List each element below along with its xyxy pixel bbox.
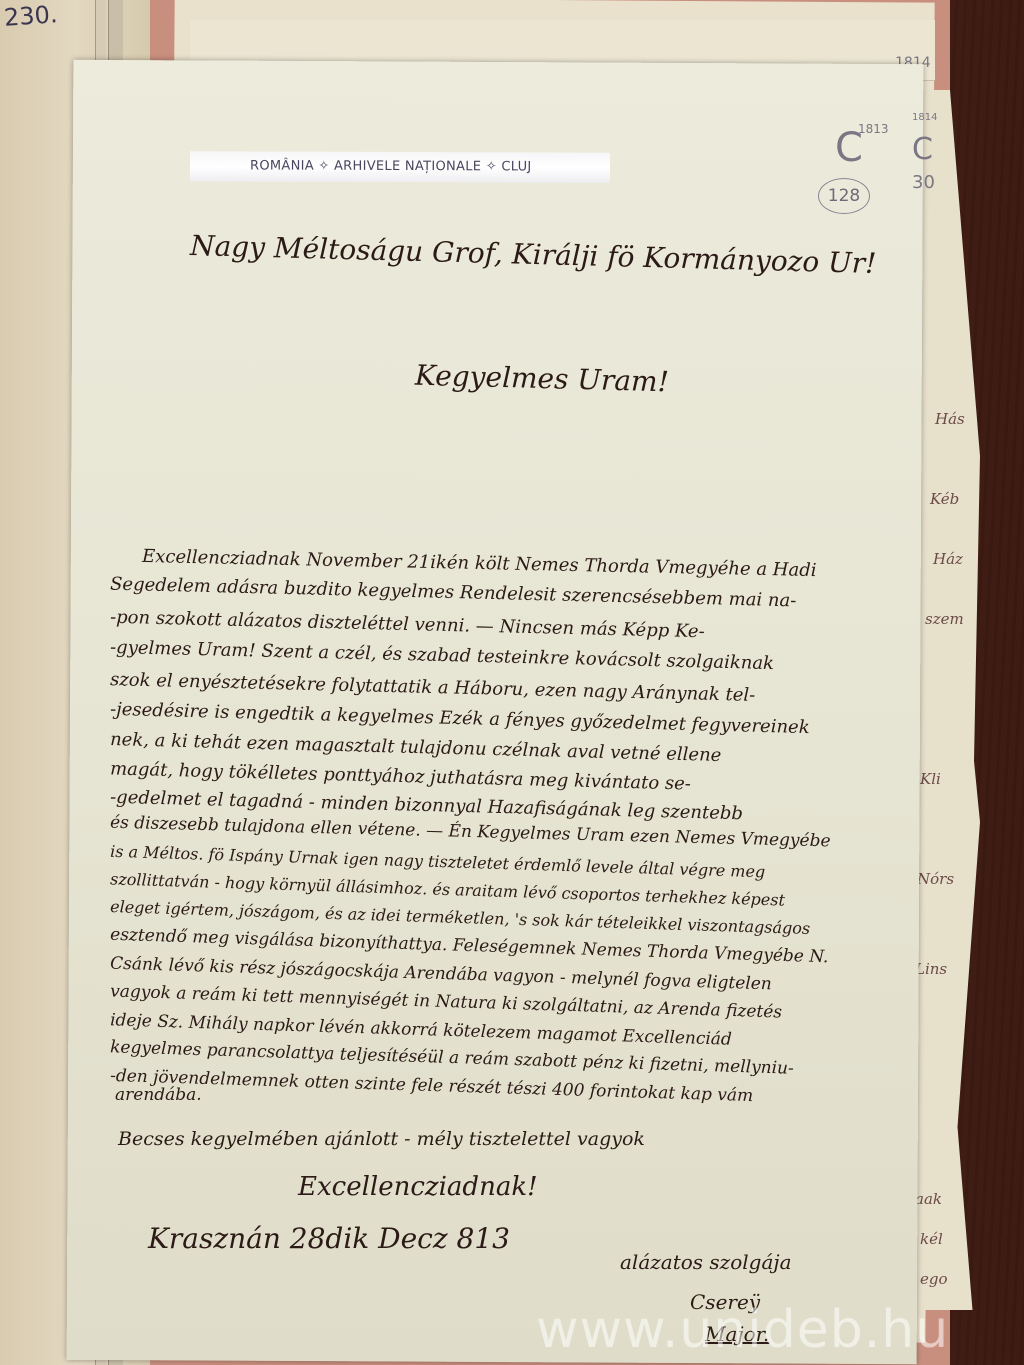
pencil-side-c: C: [912, 132, 933, 167]
side-scrawl: Nórs: [917, 870, 954, 888]
letter-closing: Becses kegyelmében ajánlott - mély tiszt…: [118, 1128, 645, 1150]
archive-label-strip: ROMÂNIA ✧ ARHIVELE NAȚIONALE ✧ CLUJ: [190, 151, 610, 182]
archive-label-text: ROMÂNIA ✧ ARHIVELE NAȚIONALE ✧ CLUJ: [250, 158, 532, 174]
signature-line-1: alázatos szolgája: [620, 1250, 792, 1274]
side-scrawl: Kli: [920, 770, 941, 788]
side-scrawl: Kéb: [930, 490, 959, 508]
pencil-side-number: 30: [912, 172, 935, 193]
watermark: www.unideb.hu: [536, 1300, 949, 1360]
side-scrawl: Ház: [933, 550, 963, 568]
side-scrawl: Hás: [935, 410, 965, 428]
side-scrawl: ego: [920, 1270, 948, 1288]
letter-closing-address: Excellencziadnak!: [298, 1172, 538, 1202]
archive-number-circled: 128: [818, 178, 870, 214]
letter-place-date: Krasznán 28dik Decz 813: [148, 1222, 510, 1255]
side-scrawl: Lins: [915, 960, 947, 978]
letter-greeting: Kegyelmes Uram!: [415, 359, 670, 399]
pencil-side-year: 1814: [912, 112, 937, 123]
body-line: arendába.: [115, 1085, 202, 1105]
folder-pencil-note: 230.: [3, 0, 58, 32]
pencil-year: 1813: [858, 122, 889, 136]
side-scrawl: szem: [925, 610, 964, 628]
side-scrawl: aak: [915, 1190, 942, 1208]
side-scrawl: kél: [920, 1230, 943, 1248]
